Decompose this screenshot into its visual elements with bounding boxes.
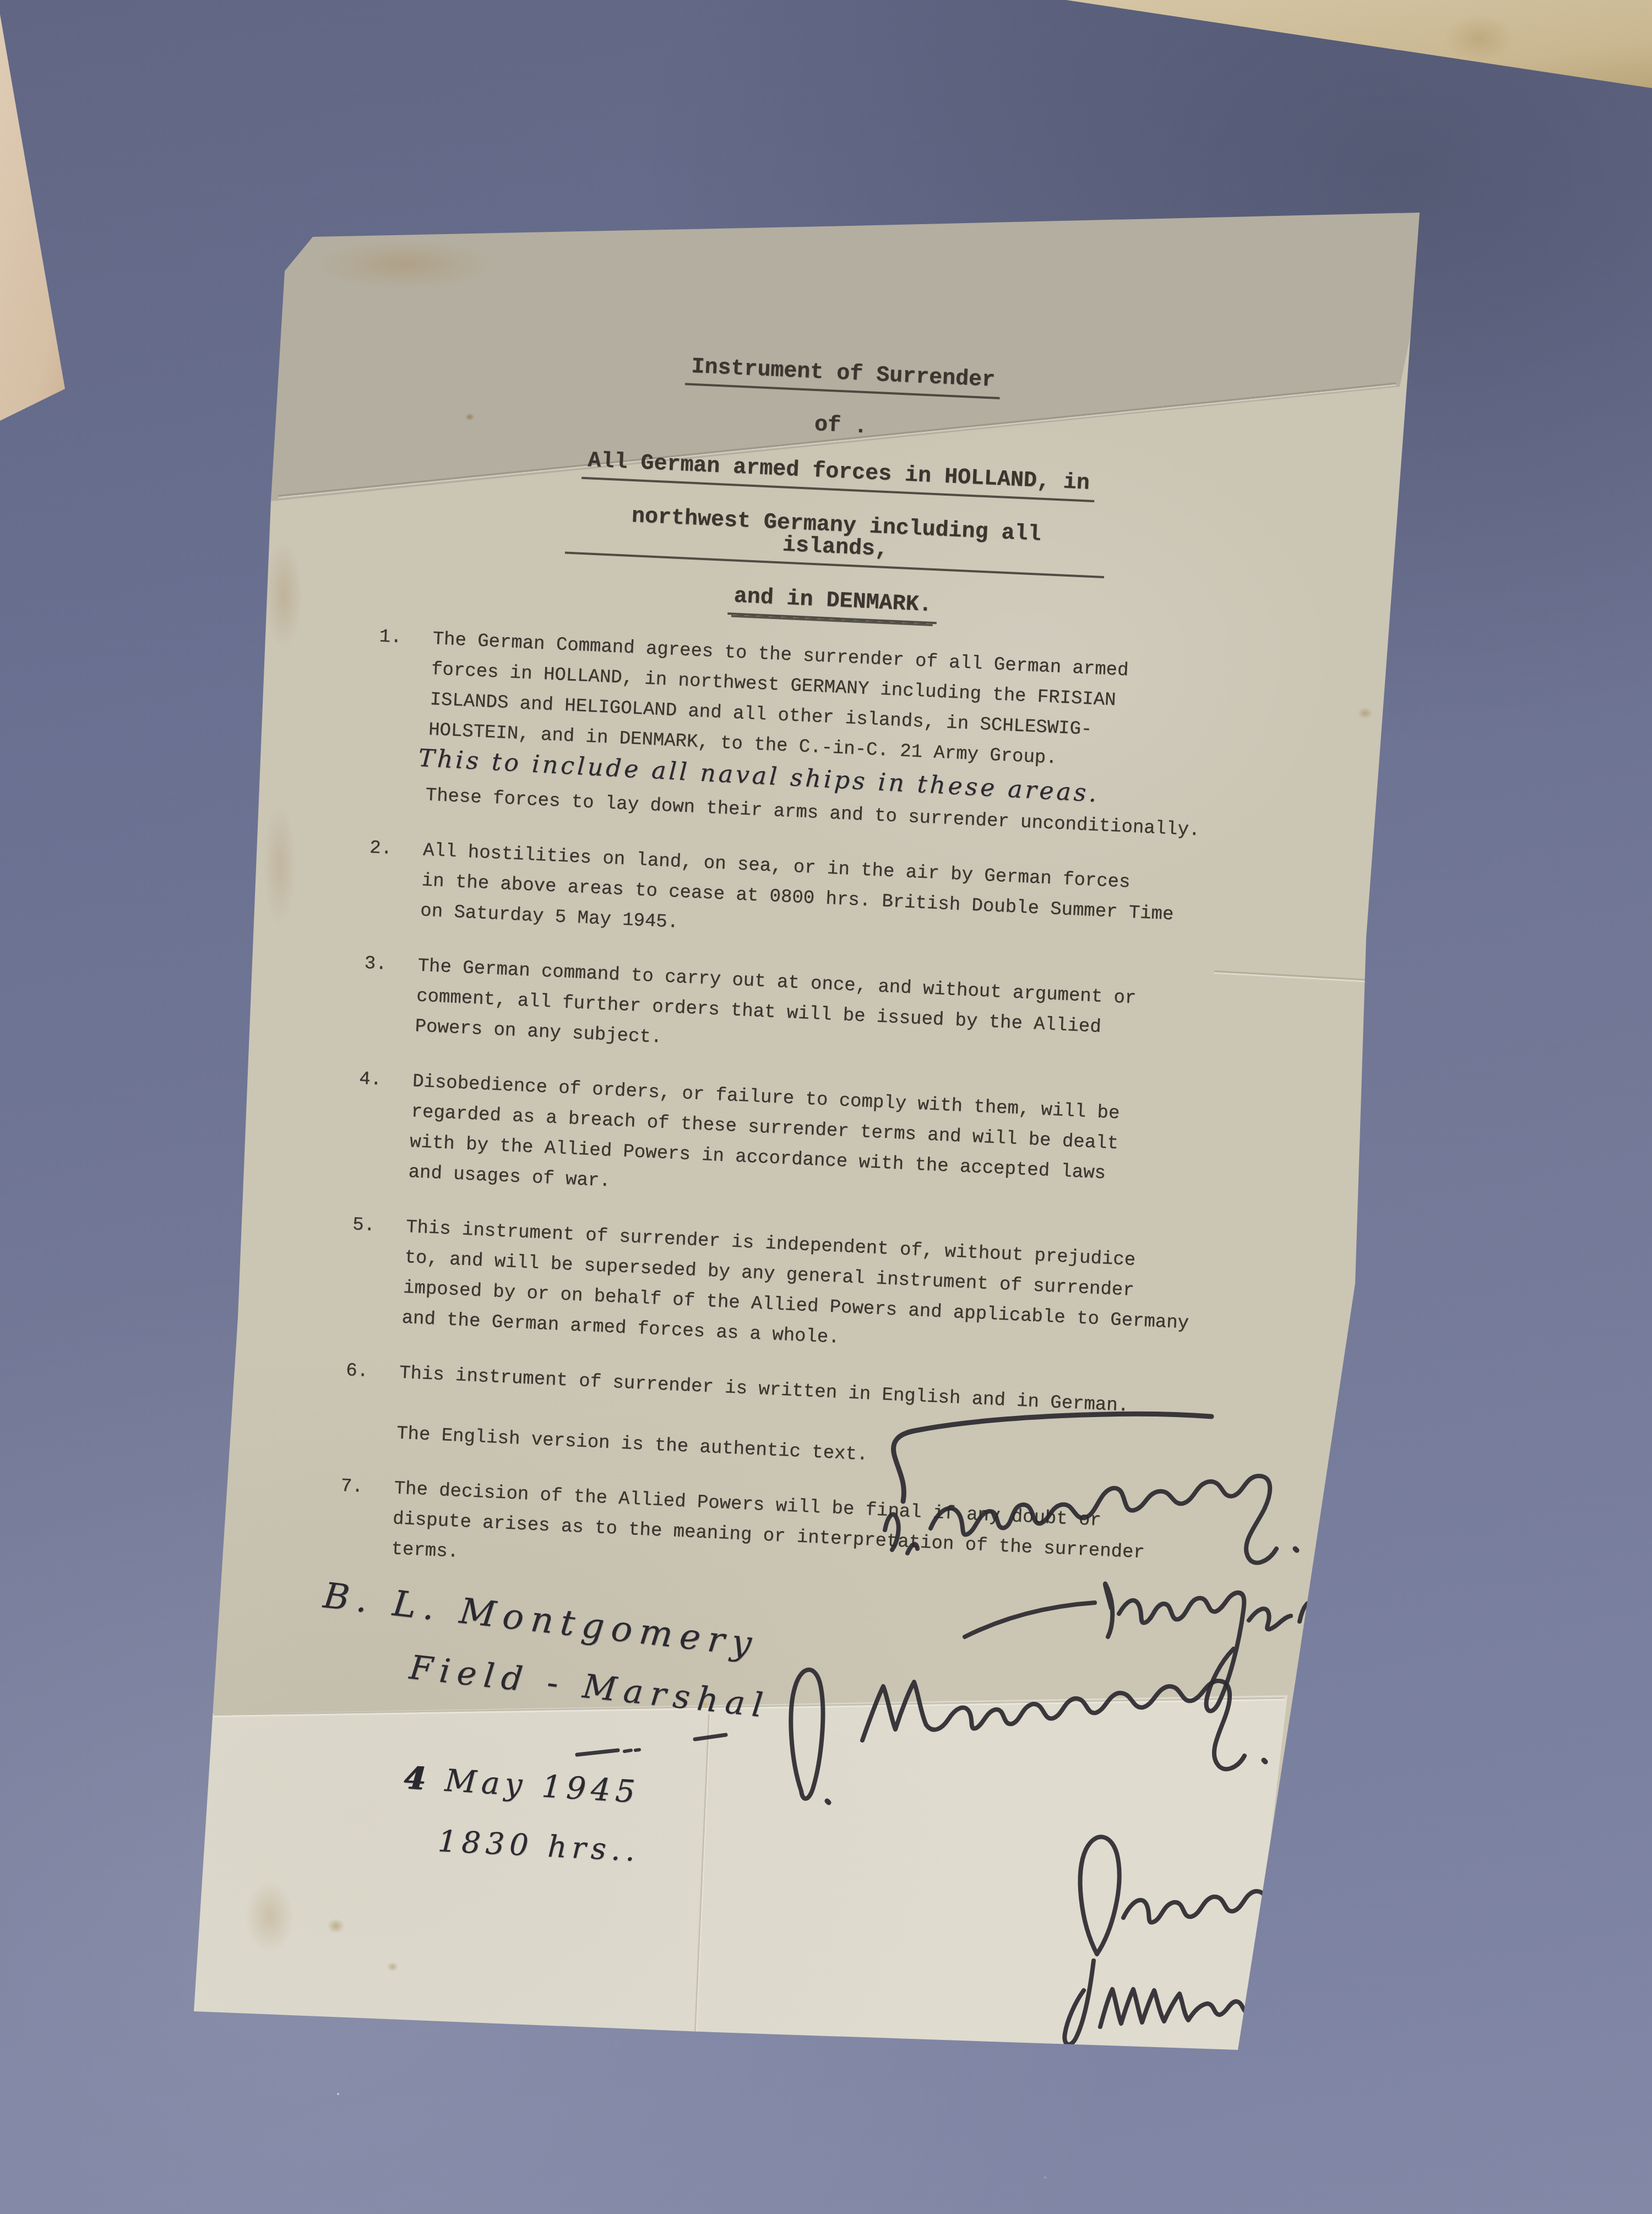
signature-stroke	[1249, 1609, 1291, 1629]
ink-dash	[695, 1735, 726, 1739]
ink-dash-marks	[577, 1735, 726, 1755]
signature-stroke	[1123, 1891, 1275, 1923]
dust-fleck	[337, 2093, 339, 2095]
signature-stroke	[791, 1670, 823, 1799]
dust-fleck	[1044, 2177, 1046, 2179]
signature-stroke	[907, 1544, 917, 1553]
photograph-of-surrender-document: Instrument of Surrender of . All German …	[0, 0, 1652, 2214]
signature-stroke	[1064, 1961, 1094, 2044]
signature-stroke	[862, 1681, 1245, 1769]
ink-dash	[577, 1750, 618, 1755]
signature-stroke	[1264, 1760, 1265, 1762]
ink-dash-tick	[624, 1750, 631, 1751]
signature-stroke	[931, 1476, 1276, 1563]
von-friedeburg-signature-scrawl	[885, 1414, 1297, 1562]
signature-stroke	[894, 1414, 1212, 1501]
wagner-signature-scrawl	[791, 1670, 1265, 1803]
signature-stroke	[885, 1515, 899, 1550]
signature-stroke	[827, 1801, 829, 1803]
signature-stroke	[1080, 1837, 1120, 1954]
signature-stroke	[1295, 1549, 1297, 1550]
ink-dash-tick	[635, 1750, 639, 1750]
signature-stroke	[965, 1603, 1095, 1637]
signature-stroke	[1105, 1584, 1112, 1637]
